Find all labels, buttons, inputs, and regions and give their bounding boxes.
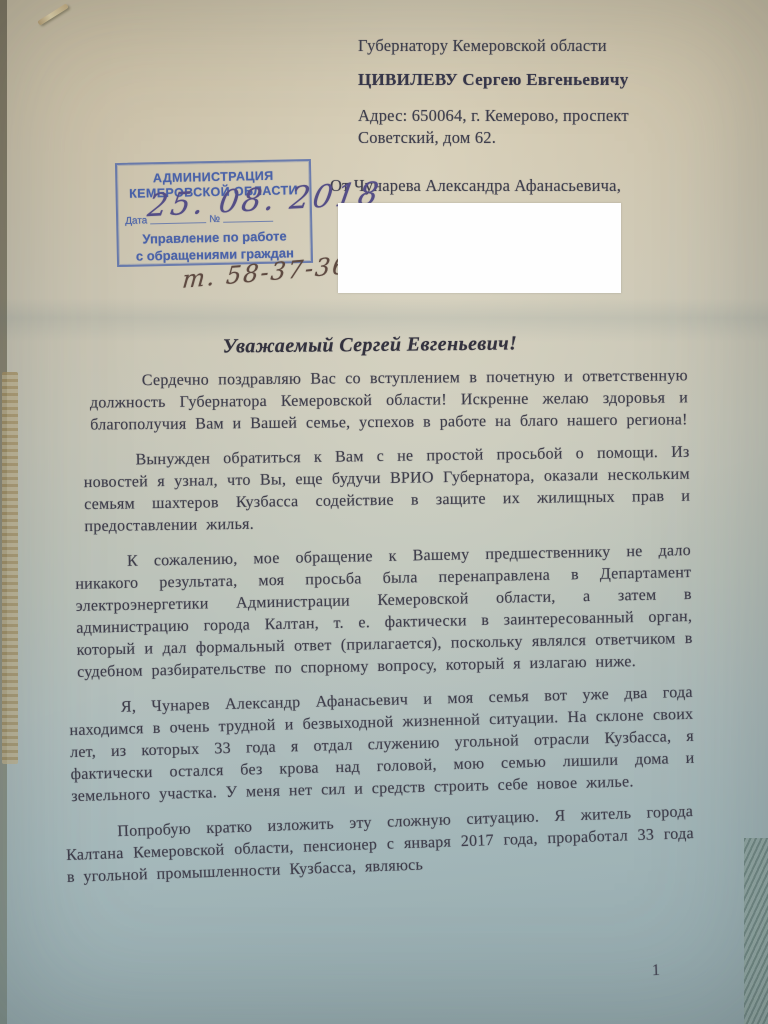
- recipient-title: Губернатору Кемеровской области: [358, 36, 688, 56]
- recipient-address-line2: Советский, дом 62.: [358, 128, 688, 148]
- letter-paragraph: Сердечно поздравляю Вас со вступлением в…: [66, 365, 695, 436]
- recipient-address-line1: Адрес: 650064, г. Кемерово, проспект: [358, 106, 688, 126]
- letter-paragraph: Вынужден обратиться к Вам с не простой п…: [65, 442, 694, 539]
- redaction-box: [338, 203, 621, 293]
- staple-icon: [37, 3, 68, 25]
- stamp-date-label: Дата: [125, 215, 147, 226]
- recipient-name: ЦИВИЛЕВУ Сергею Евгеньевичу: [358, 70, 688, 90]
- letter-paragraph: Я, Чунарев Александр Афанасьевич и моя с…: [65, 682, 696, 808]
- letter-paragraph: К сожалению, мое обращение к Вашему пред…: [65, 540, 695, 684]
- letter-photo: Губернатору Кемеровской области ЦИВИЛЕВУ…: [0, 0, 768, 1024]
- page-number: 1: [652, 962, 661, 980]
- underlying-page-edge-right: [744, 838, 768, 1024]
- sender-line: От Чунарева Александра Афанасьевича,: [330, 176, 690, 196]
- letter-paragraph: Попробую кратко изложить эту сложную сит…: [65, 801, 695, 889]
- stamp-number-blank-line: [223, 221, 273, 223]
- letter-body: Сердечно поздравляю Вас со вступлением в…: [66, 368, 694, 890]
- underlying-page-edge-left: [2, 372, 18, 764]
- recipient-block: Губернатору Кемеровской области ЦИВИЛЕВУ…: [358, 36, 688, 162]
